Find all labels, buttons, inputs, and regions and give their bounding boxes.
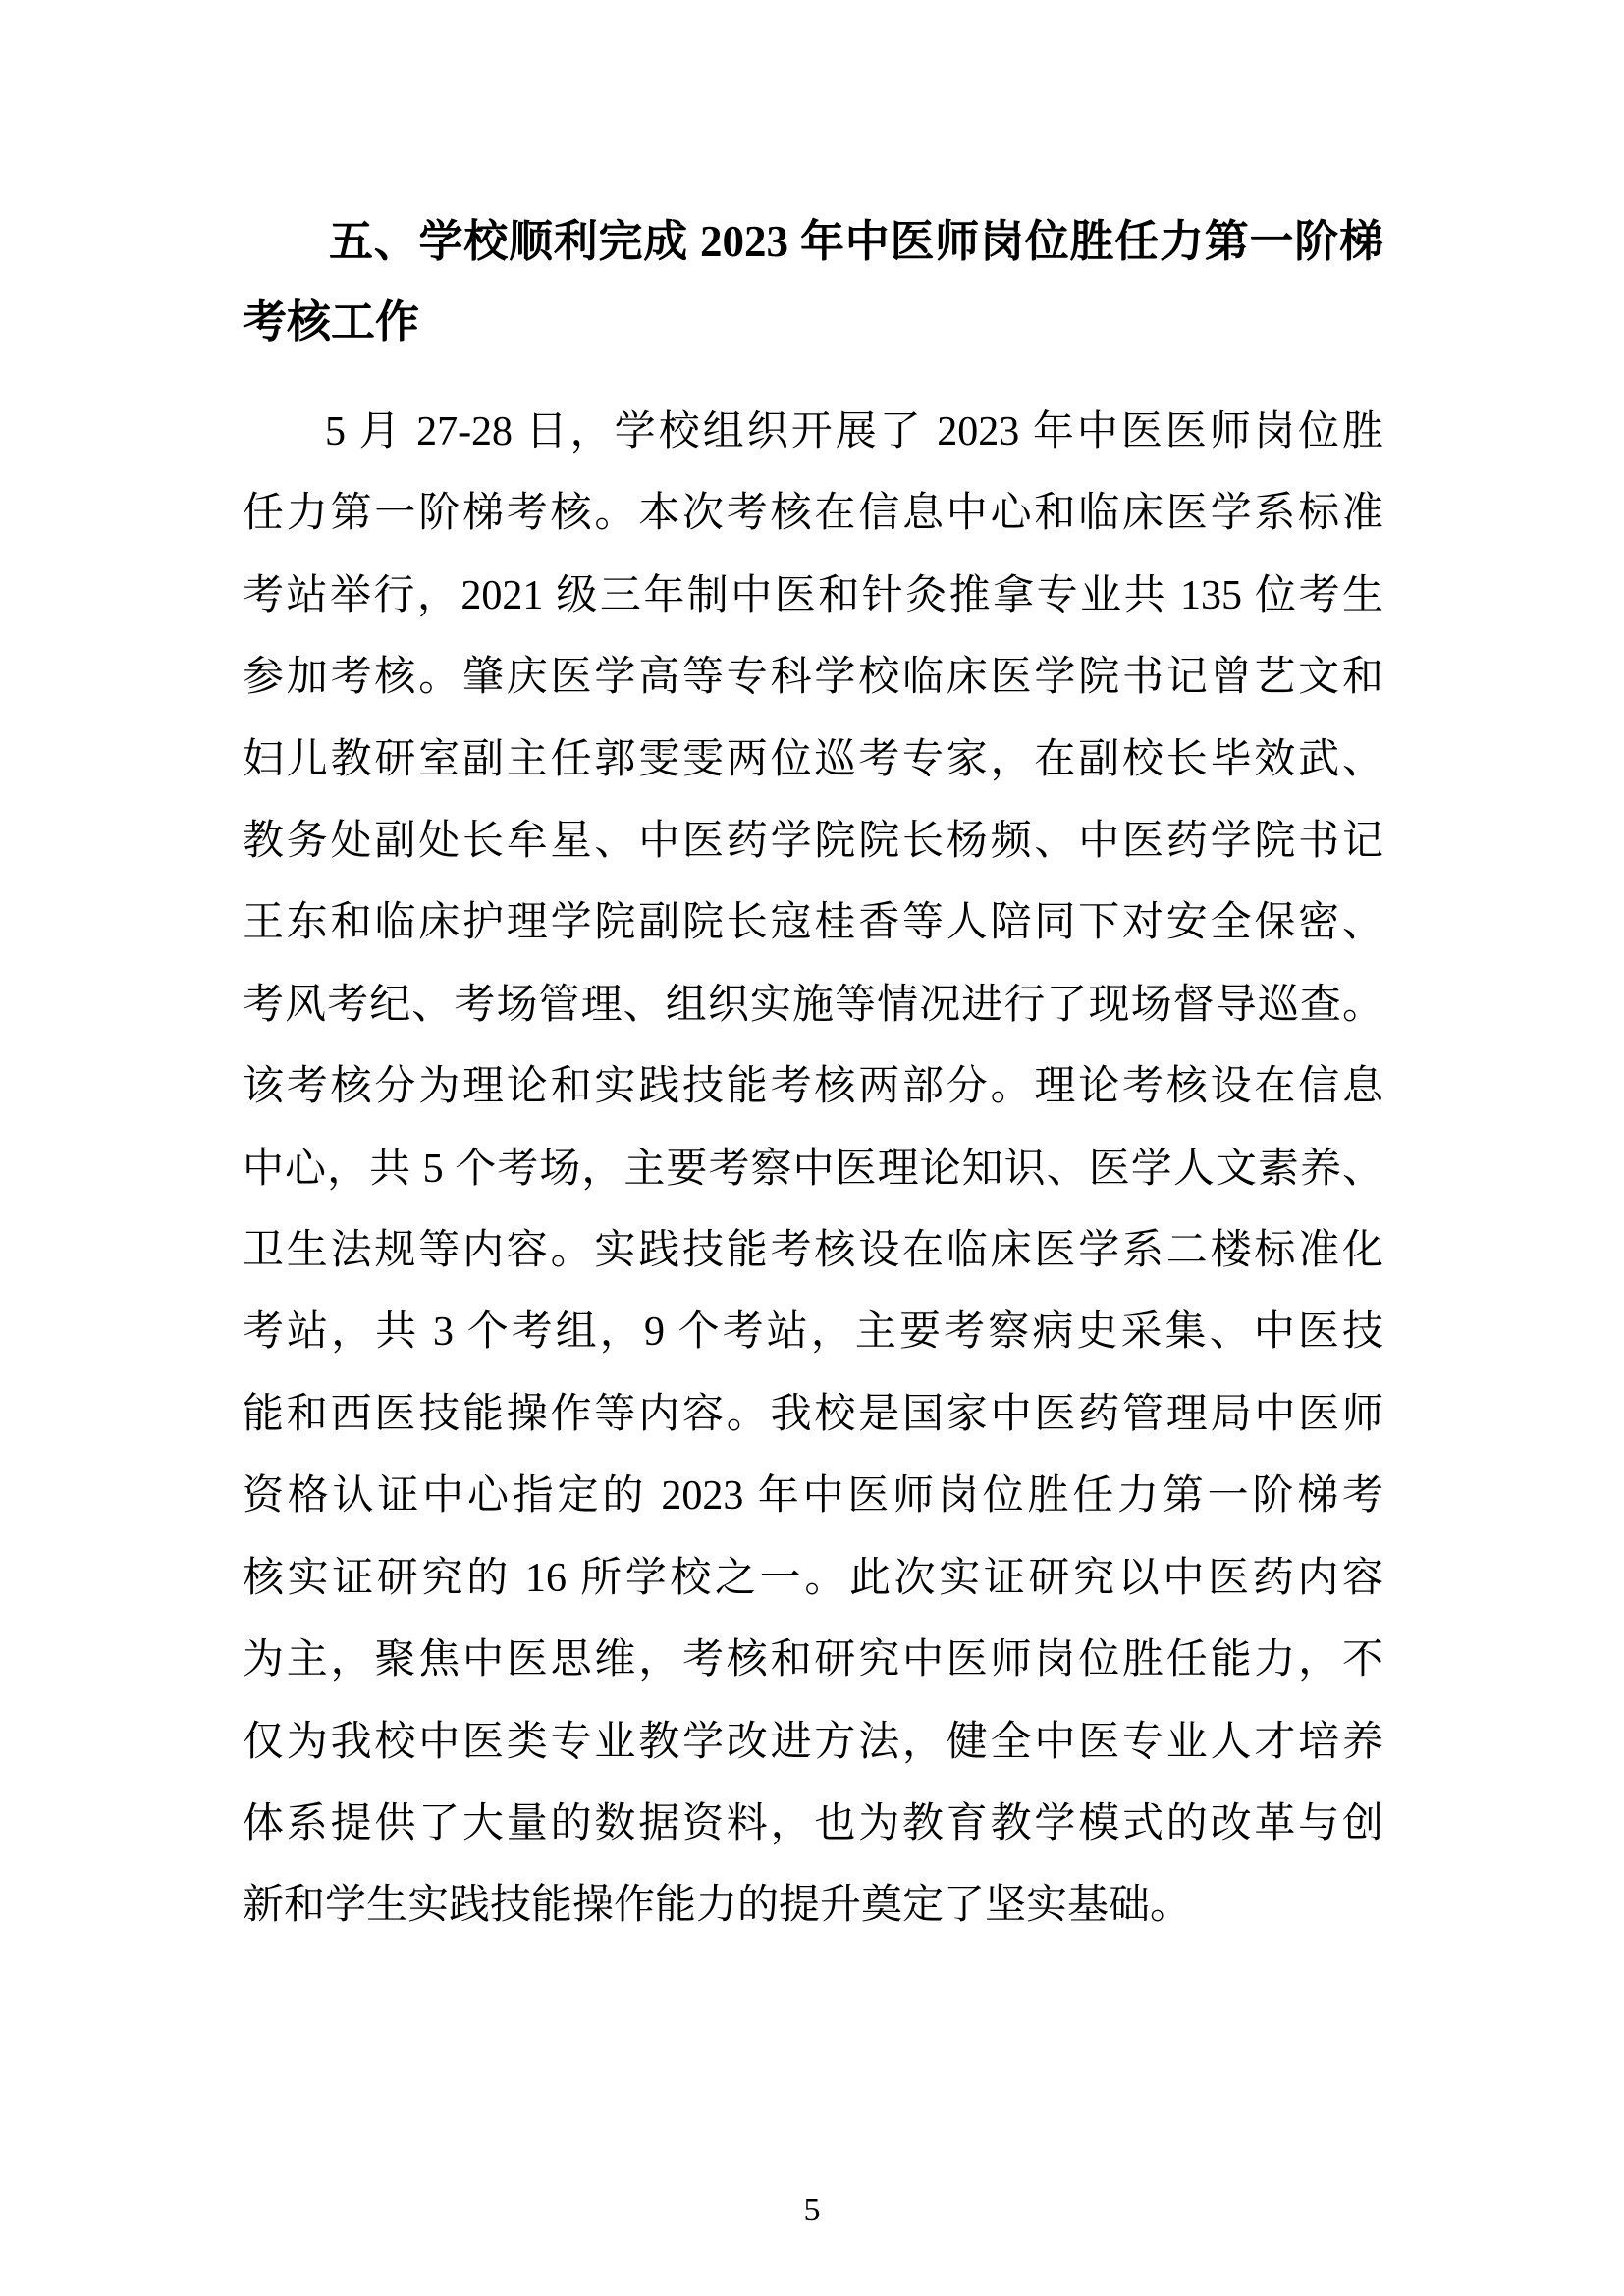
- body-text-line: 新和学生实践技能操作能力的提升奠定了坚实基础。: [243, 1865, 1383, 1947]
- document-page: 五、学校顺利完成 2023 年中医师岗位胜任力第一阶梯 考核工作 5 月 27-…: [0, 0, 1624, 2296]
- body-text-line: 中心，共 5 个考场，主要考察中医理论知识、医学人文素养、: [243, 1129, 1383, 1210]
- body-text-line: 考风考纪、考场管理、组织实施等情况进行了现场督导巡查。: [243, 965, 1383, 1046]
- body-text-line: 妇儿教研室副主任郭雯雯两位巡考专家，在副校长毕效武、: [243, 720, 1383, 801]
- body-text-line: 教务处副处长牟星、中医药学院院长杨频、中医药学院书记: [243, 801, 1383, 882]
- body-text-line: 考站举行，2021 级三年制中医和针灸推拿专业共 135 位考生: [243, 556, 1383, 637]
- body-text-line: 资格认证中心指定的 2023 年中医师岗位胜任力第一阶梯考: [243, 1456, 1383, 1537]
- body-text-line: 体系提供了大量的数据资料，也为教育教学模式的改革与创: [243, 1784, 1383, 1865]
- body-text-line: 任力第一阶梯考核。本次考核在信息中心和临床医学系标准: [243, 473, 1383, 555]
- body-text-line: 核实证研究的 16 所学校之一。此次实证研究以中医药内容: [243, 1538, 1383, 1620]
- body-text-line: 为主，聚焦中医思维，考核和研究中医师岗位胜任能力，不: [243, 1620, 1383, 1701]
- page-footer: 5: [0, 2191, 1624, 2230]
- body-paragraph: 5 月 27-28 日，学校组织开展了 2023 年中医医师岗位胜 任力第一阶梯…: [243, 392, 1383, 1948]
- body-text-line: 王东和临床护理学院副院长寇桂香等人陪同下对安全保密、: [243, 882, 1383, 964]
- section-heading: 五、学校顺利完成 2023 年中医师岗位胜任力第一阶梯 考核工作: [243, 201, 1383, 362]
- body-text-line: 5 月 27-28 日，学校组织开展了 2023 年中医医师岗位胜: [243, 392, 1383, 473]
- body-text-line: 能和西医技能操作等内容。我校是国家中医药管理局中医师: [243, 1374, 1383, 1456]
- body-text-line: 仅为我校中医类专业教学改进方法，健全中医专业人才培养: [243, 1702, 1383, 1784]
- section-heading-line-2: 考核工作: [243, 282, 1383, 362]
- body-text-line: 卫生法规等内容。实践技能考核设在临床医学系二楼标准化: [243, 1210, 1383, 1292]
- page-number: 5: [804, 2192, 821, 2228]
- body-text-line: 考站，共 3 个考组，9 个考站，主要考察病史采集、中医技: [243, 1292, 1383, 1373]
- body-text-line: 该考核分为理论和实践技能考核两部分。理论考核设在信息: [243, 1046, 1383, 1128]
- section-heading-line-1: 五、学校顺利完成 2023 年中医师岗位胜任力第一阶梯: [243, 201, 1383, 282]
- body-text-line: 参加考核。肇庆医学高等专科学校临床医学院书记曾艺文和: [243, 637, 1383, 719]
